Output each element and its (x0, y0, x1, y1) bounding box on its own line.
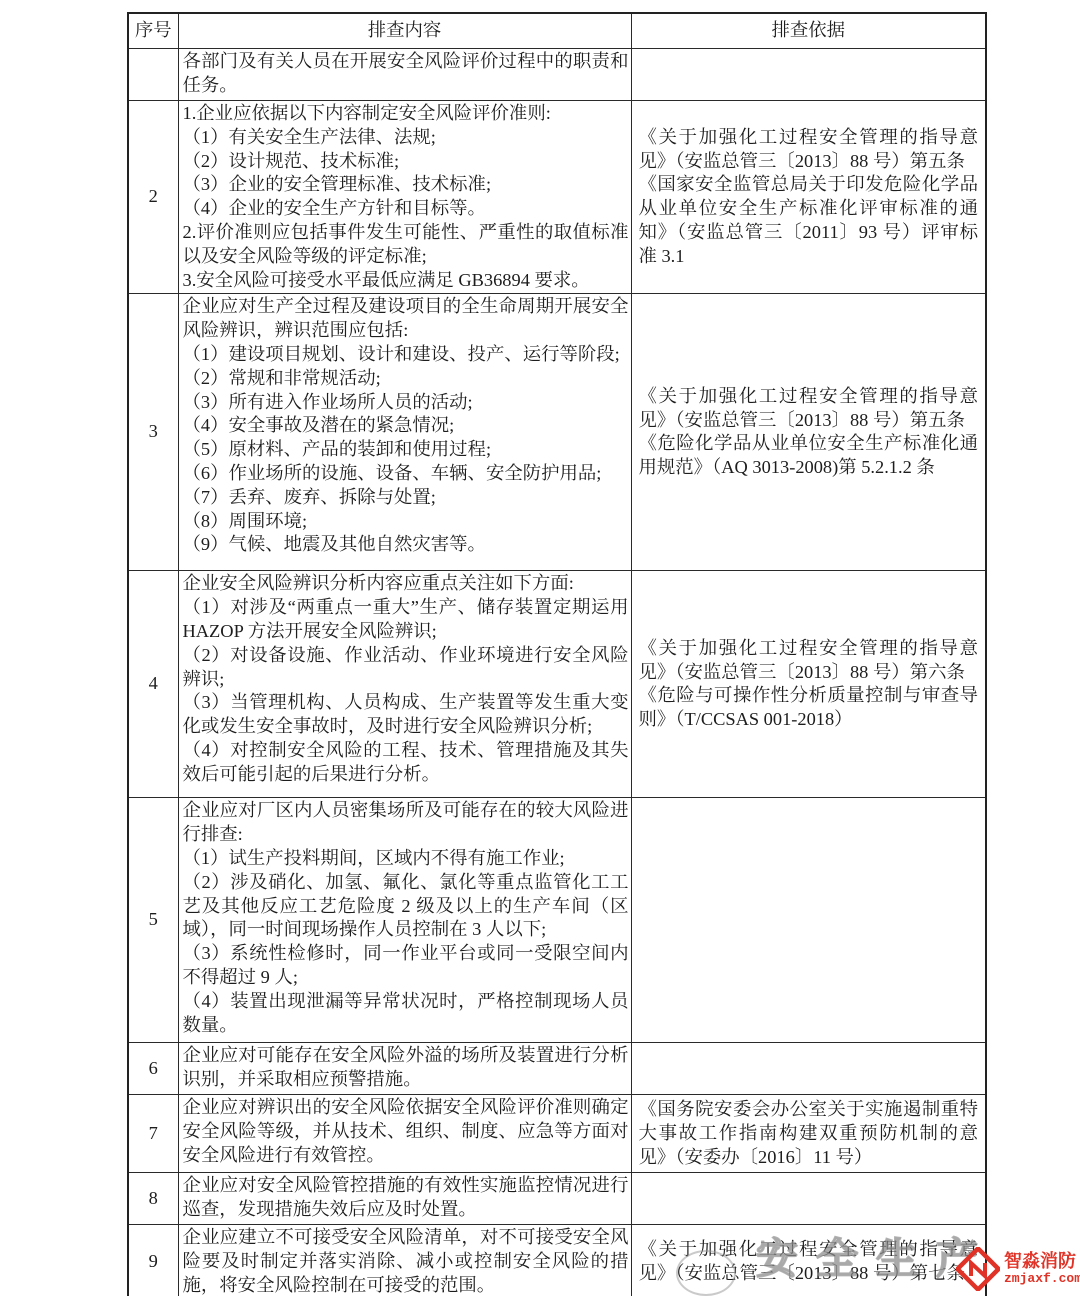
table-row: 5 企业应对厂区内人员密集场所及可能存在的较大风险进行排查: （1）试生产投料期… (128, 798, 986, 1043)
content-cell: 企业应建立不可接受安全风险清单，对不可接受安全风险要及时制定并落实消除、减小或控… (178, 1225, 631, 1296)
table-row: 各部门及有关人员在开展安全风险评价过程中的职责和任务。 (128, 49, 986, 101)
row-number-cell: 2 (128, 101, 178, 294)
content-cell: 企业应对辨识出的安全风险依据安全风险评价准则确定安全风险等级，并从技术、组织、制… (178, 1095, 631, 1173)
basis-cell: 《关于加强化工过程安全管理的指导意见》（安监总管三〔2013〕88 号）第七条 (631, 1225, 986, 1296)
content-cell: 各部门及有关人员在开展安全风险评价过程中的职责和任务。 (178, 49, 631, 101)
content-cell: 企业安全风险辨识分析内容应重点关注如下方面: （1）对涉及“两重点一重大”生产、… (178, 571, 631, 798)
table-row: 2 1.企业应依据以下内容制定安全风险评价准则: （1）有关安全生产法律、法规;… (128, 101, 986, 294)
basis-cell: 《关于加强化工过程安全管理的指导意见》（安监总管三〔2013〕88 号）第五条 … (631, 294, 986, 571)
row-number-cell: 8 (128, 1173, 178, 1225)
basis-cell (631, 1043, 986, 1095)
header-row: 序号 排查内容 排查依据 (128, 13, 986, 49)
row-number-cell: 9 (128, 1225, 178, 1296)
content-cell: 企业应对生产全过程及建设项目的全生命周期开展安全风险辨识，辨识范围应包括: （1… (178, 294, 631, 571)
inspection-table: 序号 排查内容 排查依据 各部门及有关人员在开展安全风险评价过程中的职责和任务。… (127, 12, 987, 1296)
row-number-cell (128, 49, 178, 101)
table-row: 4 企业安全风险辨识分析内容应重点关注如下方面: （1）对涉及“两重点一重大”生… (128, 571, 986, 798)
basis-cell (631, 49, 986, 101)
document-page: 序号 排查内容 排查依据 各部门及有关人员在开展安全风险评价过程中的职责和任务。… (0, 0, 1080, 1296)
content-cell: 企业应对安全风险管控措施的有效性实施监控情况进行巡查，发现措施失效后应及时处置。 (178, 1173, 631, 1225)
brand-name: 智淼消防 (1004, 1251, 1080, 1272)
column-header-basis: 排查依据 (631, 13, 986, 49)
table-row: 6 企业应对可能存在安全风险外溢的场所及装置进行分析识别，并采取相应预警措施。 (128, 1043, 986, 1095)
table-row: 3 企业应对生产全过程及建设项目的全生命周期开展安全风险辨识，辨识范围应包括: … (128, 294, 986, 571)
table-row: 9 企业应建立不可接受安全风险清单，对不可接受安全风险要及时制定并落实消除、减小… (128, 1225, 986, 1296)
content-cell: 企业应对可能存在安全风险外溢的场所及装置进行分析识别，并采取相应预警措施。 (178, 1043, 631, 1095)
basis-cell: 《关于加强化工过程安全管理的指导意见》（安监总管三〔2013〕88 号）第五条 … (631, 101, 986, 294)
content-cell: 企业应对厂区内人员密集场所及可能存在的较大风险进行排查: （1）试生产投料期间，… (178, 798, 631, 1043)
content-cell: 1.企业应依据以下内容制定安全风险评价准则: （1）有关安全生产法律、法规; （… (178, 101, 631, 294)
row-number-cell: 3 (128, 294, 178, 571)
row-number-cell: 6 (128, 1043, 178, 1095)
column-header-no: 序号 (128, 13, 178, 49)
table-row: 8 企业应对安全风险管控措施的有效性实施监控情况进行巡查，发现措施失效后应及时处… (128, 1173, 986, 1225)
column-header-content: 排查内容 (178, 13, 631, 49)
table-row: 7 企业应对辨识出的安全风险依据安全风险评价准则确定安全风险等级，并从技术、组织… (128, 1095, 986, 1173)
basis-cell (631, 1173, 986, 1225)
row-number-cell: 5 (128, 798, 178, 1043)
row-number-cell: 7 (128, 1095, 178, 1173)
basis-cell: 《国务院安委会办公室关于实施遏制重特大事故工作指南构建双重预防机制的意见》（安委… (631, 1095, 986, 1173)
row-number-cell: 4 (128, 571, 178, 798)
basis-cell: 《关于加强化工过程安全管理的指导意见》（安监总管三〔2013〕88 号）第六条 … (631, 571, 986, 798)
brand-site: zmjaxf.com (1004, 1272, 1080, 1287)
basis-cell (631, 798, 986, 1043)
